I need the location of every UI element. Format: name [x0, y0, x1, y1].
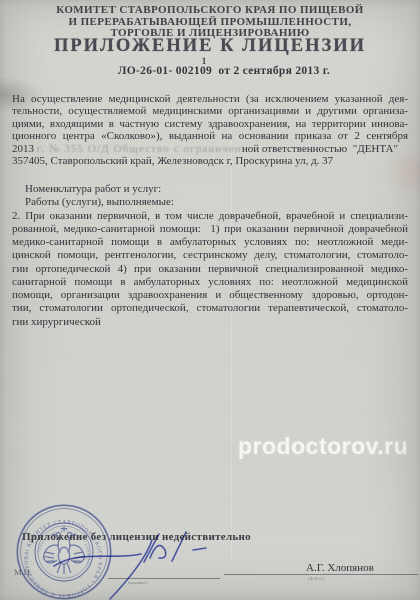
body-line: гии ортопедической 4) при оказании перви…	[12, 263, 408, 276]
faded-text-segment: г. № 355 О/Д Общество с ограничен	[37, 143, 242, 155]
body-line: рованной, медико-санитарной помощи: 1) п…	[12, 223, 408, 236]
body-line: ционного центра «Сколково»), выданной на…	[12, 130, 408, 142]
signature-stroke	[110, 540, 152, 599]
license-number-line: ЛО-26-01- 002109 от 2 сентября 2013 г.	[14, 65, 420, 77]
licensee-name: ной ответственностью "ДЕНТА"	[242, 143, 398, 155]
body-line: циями, входящими в частную систему здрав…	[12, 118, 408, 130]
works-heading: Работы (услуги), выполняемые:	[12, 196, 408, 209]
body-line: 2. При оказании первичной, в том числе д…	[12, 210, 408, 223]
license-scope-paragraph: На осуществление медицинской деятельност…	[12, 93, 408, 168]
signatory-name: А.Г. Хлопянов	[306, 562, 374, 574]
body-line: медико-санитарной помощи в амбулаторных …	[12, 236, 408, 249]
body-line: тельности, осуществляемой медицинскими о…	[12, 105, 408, 117]
scanned-license-document: КОМИТЕТ СТАВРОПОЛЬСКОГО КРАЯ ПО ПИЩЕВОЙ …	[0, 0, 420, 600]
body-line-partially-faded: 2013 г. № 355 О/Д Общество с ограниченно…	[12, 143, 408, 155]
name-caption: (Ф.И.О.)	[308, 576, 324, 581]
line-prefix: 2013	[12, 143, 37, 155]
body-line: помощи, организации здравоохранения и об…	[12, 289, 408, 302]
body-line: гии хирургической	[12, 316, 408, 329]
body-line: тии, стоматологии ортопедической, стомат…	[12, 302, 408, 315]
signature-stroke	[144, 534, 159, 562]
body-line: цинской помощи, рентгенологии, сестринск…	[12, 249, 408, 262]
document-title: ПРИЛОЖЕНИЕ К ЛИЦЕНЗИИ	[0, 36, 420, 57]
works-nomenclature-section: Номенклатура работ и услуг: Работы (услу…	[12, 183, 408, 329]
body-line: санитарной помощи в амбулаторных условия…	[12, 276, 408, 289]
nomenclature-heading: Номенклатура работ и услуг:	[12, 183, 408, 196]
site-watermark: prodoctorov.ru	[238, 433, 408, 460]
signature-stroke	[193, 548, 206, 550]
licensee-address: 357405, Ставропольский край, Железноводс…	[12, 155, 408, 167]
committee-header: КОМИТЕТ СТАВРОПОЛЬСКОГО КРАЯ ПО ПИЩЕВОЙ …	[12, 5, 408, 40]
signature-stroke	[54, 554, 141, 566]
signature-stroke	[172, 532, 186, 561]
body-line: На осуществление медицинской деятельност…	[12, 93, 408, 105]
committee-header-line: КОМИТЕТ СТАВРОПОЛЬСКОГО КРАЯ ПО ПИЩЕВОЙ	[12, 5, 408, 17]
